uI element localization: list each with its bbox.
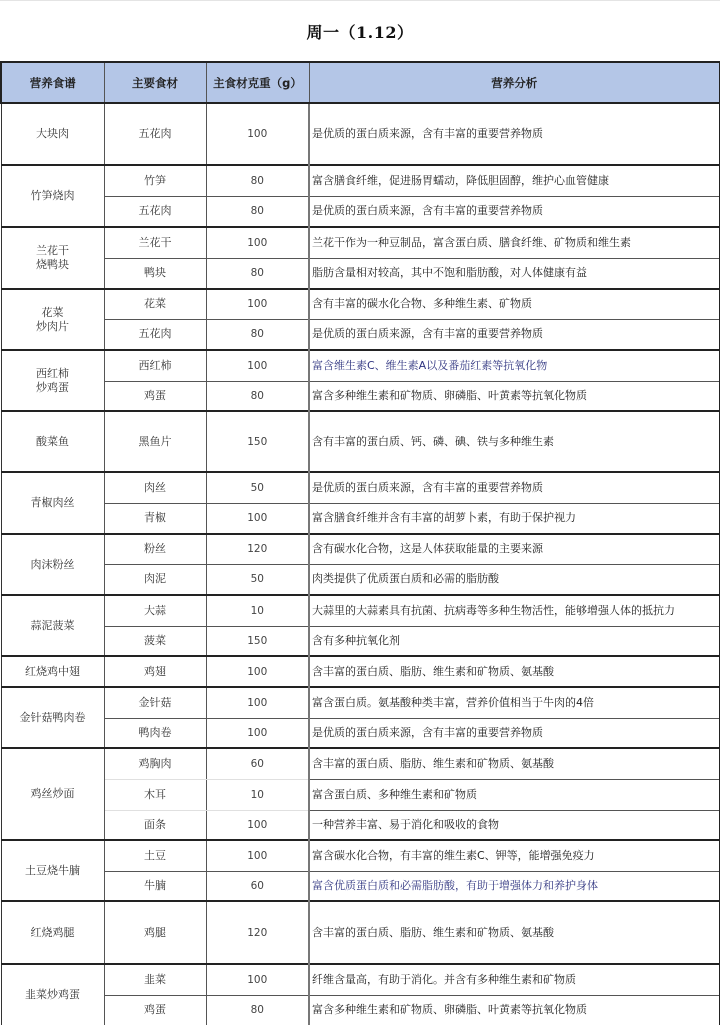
ingredient-cell: 西红柿: [104, 350, 206, 381]
analysis-cell: 含丰富的蛋白质、脂肪、维生素和矿物质、氨基酸: [309, 656, 720, 687]
recipe-name-cell: 蒜泥菠菜: [1, 595, 104, 656]
table-row: 肉沫粉丝粉丝120含有碳水化合物，这是人体获取能量的主要来源: [1, 534, 720, 564]
analysis-cell: 是优质的蛋白质来源，含有丰富的重要营养物质: [309, 196, 720, 227]
analysis-cell: 纤维含量高，有助于消化。并含有多种维生素和矿物质: [309, 964, 720, 995]
ingredient-cell: 五花肉: [104, 103, 206, 165]
recipe-name-cell: 红烧鸡中翅: [1, 656, 104, 687]
weight-cell: 100: [206, 840, 309, 871]
analysis-cell: 含丰富的蛋白质、脂肪、维生素和矿物质、氨基酸: [309, 901, 720, 964]
header-weight: 主食材克重（g）: [206, 62, 309, 103]
ingredient-cell: 粉丝: [104, 534, 206, 564]
header-ingredient: 主要食材: [104, 62, 206, 103]
table-row: 鸭块80脂肪含量相对较高，其中不饱和脂肪酸，对人体健康有益: [1, 258, 720, 289]
table-row: 菠菜150含有多种抗氧化剂: [1, 626, 720, 656]
weight-cell: 100: [206, 718, 309, 748]
ingredient-cell: 大蒜: [104, 595, 206, 626]
weight-cell: 100: [206, 227, 309, 258]
recipe-name-line: 兰花干: [2, 244, 104, 258]
recipe-name: 酸菜鱼: [36, 435, 69, 448]
weight-cell: 100: [206, 687, 309, 718]
ingredient-cell: 面条: [104, 810, 206, 840]
ingredient-cell: 青椒: [104, 503, 206, 534]
weight-cell: 80: [206, 258, 309, 289]
weight-cell: 100: [206, 810, 309, 840]
analysis-cell: 肉类提供了优质蛋白质和必需的脂肪酸: [309, 564, 720, 595]
analysis-cell: 富含维生素C、维生素A以及番茄红素等抗氧化物: [309, 350, 720, 381]
recipe-name-cell: 青椒肉丝: [1, 472, 104, 534]
ingredient-cell: 五花肉: [104, 196, 206, 227]
ingredient-cell: 土豆: [104, 840, 206, 871]
analysis-cell: 是优质的蛋白质来源，含有丰富的重要营养物质: [309, 472, 720, 503]
recipe-name: 青椒肉丝: [31, 496, 75, 509]
recipe-name-cell: 酸菜鱼: [1, 411, 104, 472]
weight-cell: 50: [206, 564, 309, 595]
ingredient-cell: 鸡胸肉: [104, 748, 206, 779]
weight-cell: 50: [206, 472, 309, 503]
table-row: 红烧鸡腿鸡腿120含丰富的蛋白质、脂肪、维生素和矿物质、氨基酸: [1, 901, 720, 964]
analysis-cell: 含有多种抗氧化剂: [309, 626, 720, 656]
table-row: 大块肉五花肉100是优质的蛋白质来源，含有丰富的重要营养物质: [1, 103, 720, 165]
table-row: 红烧鸡中翅鸡翅100含丰富的蛋白质、脂肪、维生素和矿物质、氨基酸: [1, 656, 720, 687]
analysis-cell: 含有丰富的蛋白质、钙、磷、碘、铁与多种维生素: [309, 411, 720, 472]
analysis-cell: 富含膳食纤维，促进肠胃蠕动，降低胆固醇，维护心血管健康: [309, 165, 720, 196]
ingredient-cell: 兰花干: [104, 227, 206, 258]
analysis-cell: 富含蛋白质、多种维生素和矿物质: [309, 779, 720, 810]
recipe-name-cell: 大块肉: [1, 103, 104, 165]
ingredient-cell: 肉丝: [104, 472, 206, 503]
table-header-row: 营养食谱 主要食材 主食材克重（g） 营养分析: [1, 62, 720, 103]
table-row: 韭菜炒鸡蛋韭菜100纤维含量高，有助于消化。并含有多种维生素和矿物质: [1, 964, 720, 995]
ingredient-cell: 鸭肉卷: [104, 718, 206, 748]
weight-cell: 100: [206, 503, 309, 534]
weight-cell: 80: [206, 995, 309, 1025]
recipe-name-cell: 花菜炒肉片: [1, 289, 104, 350]
ingredient-cell: 鸭块: [104, 258, 206, 289]
analysis-cell: 富含蛋白质。氨基酸种类丰富，营养价值相当于牛肉的4倍: [309, 687, 720, 718]
analysis-cell: 一种营养丰富、易于消化和吸收的食物: [309, 810, 720, 840]
ingredient-cell: 五花肉: [104, 319, 206, 350]
recipe-name-cell: 鸡丝炒面: [1, 748, 104, 840]
analysis-cell: 是优质的蛋白质来源，含有丰富的重要营养物质: [309, 103, 720, 165]
analysis-cell: 脂肪含量相对较高，其中不饱和脂肪酸，对人体健康有益: [309, 258, 720, 289]
recipe-name: 红烧鸡腿: [31, 926, 75, 939]
analysis-cell: 富含优质蛋白质和必需脂肪酸，有助于增强体力和养护身体: [309, 871, 720, 901]
weight-cell: 100: [206, 350, 309, 381]
weight-cell: 80: [206, 381, 309, 411]
weight-cell: 120: [206, 901, 309, 964]
table-row: 五花肉80是优质的蛋白质来源，含有丰富的重要营养物质: [1, 196, 720, 227]
recipe-name: 韭菜炒鸡蛋: [25, 988, 80, 1001]
analysis-cell: 富含多种维生素和矿物质、卵磷脂、叶黄素等抗氧化物质: [309, 381, 720, 411]
header-analysis: 营养分析: [309, 62, 720, 103]
weight-cell: 100: [206, 103, 309, 165]
ingredient-cell: 金针菇: [104, 687, 206, 718]
table-row: 牛腩60富含优质蛋白质和必需脂肪酸，有助于增强体力和养护身体: [1, 871, 720, 901]
recipe-name-cell: 韭菜炒鸡蛋: [1, 964, 104, 1025]
weight-cell: 120: [206, 534, 309, 564]
table-row: 五花肉80是优质的蛋白质来源，含有丰富的重要营养物质: [1, 319, 720, 350]
nutrition-table: 营养食谱 主要食材 主食材克重（g） 营养分析 大块肉五花肉100是优质的蛋白质…: [0, 61, 720, 1025]
ingredient-cell: 竹笋: [104, 165, 206, 196]
table-row: 肉泥50肉类提供了优质蛋白质和必需的脂肪酸: [1, 564, 720, 595]
table-row: 兰花干烧鸭块兰花干100兰花干作为一种豆制品，富含蛋白质、膳食纤维、矿物质和维生…: [1, 227, 720, 258]
recipe-name-cell: 红烧鸡腿: [1, 901, 104, 964]
weight-cell: 100: [206, 656, 309, 687]
weight-cell: 10: [206, 779, 309, 810]
table-row: 花菜炒肉片花菜100含有丰富的碳水化合物、多种维生素、矿物质: [1, 289, 720, 319]
recipe-name-cell: 土豆烧牛腩: [1, 840, 104, 901]
table-row: 青椒肉丝肉丝50是优质的蛋白质来源，含有丰富的重要营养物质: [1, 472, 720, 503]
weight-cell: 10: [206, 595, 309, 626]
recipe-name: 土豆烧牛腩: [25, 864, 80, 877]
recipe-name-cell: 金针菇鸭肉卷: [1, 687, 104, 748]
analysis-cell: 含有丰富的碳水化合物、多种维生素、矿物质: [309, 289, 720, 319]
analysis-cell: 大蒜里的大蒜素具有抗菌、抗病毒等多种生物活性，能够增强人体的抵抗力: [309, 595, 720, 626]
recipe-name-cell: 竹笋烧肉: [1, 165, 104, 227]
recipe-name: 大块肉: [36, 127, 69, 140]
ingredient-cell: 菠菜: [104, 626, 206, 656]
analysis-cell: 含有碳水化合物，这是人体获取能量的主要来源: [309, 534, 720, 564]
weight-cell: 80: [206, 165, 309, 196]
table-body: 大块肉五花肉100是优质的蛋白质来源，含有丰富的重要营养物质竹笋烧肉竹笋80富含…: [1, 103, 720, 1025]
ingredient-cell: 牛腩: [104, 871, 206, 901]
weight-cell: 80: [206, 319, 309, 350]
weight-cell: 150: [206, 411, 309, 472]
recipe-name-line: 烧鸭块: [2, 258, 104, 272]
ingredient-cell: 木耳: [104, 779, 206, 810]
weight-cell: 60: [206, 871, 309, 901]
recipe-name: 金针菇鸭肉卷: [20, 711, 86, 724]
recipe-name: 竹笋烧肉: [31, 189, 75, 202]
ingredient-cell: 鸡腿: [104, 901, 206, 964]
analysis-cell: 富含碳水化合物，有丰富的维生素C、钾等，能增强免疫力: [309, 840, 720, 871]
weight-cell: 60: [206, 748, 309, 779]
table-row: 竹笋烧肉竹笋80富含膳食纤维，促进肠胃蠕动，降低胆固醇，维护心血管健康: [1, 165, 720, 196]
recipe-name-line: 炒肉片: [2, 320, 104, 334]
ingredient-cell: 肉泥: [104, 564, 206, 595]
recipe-name: 鸡丝炒面: [31, 787, 75, 800]
ingredient-cell: 鸡蛋: [104, 995, 206, 1025]
recipe-name: 肉沫粉丝: [31, 558, 75, 571]
table-row: 鸡蛋80富含多种维生素和矿物质、卵磷脂、叶黄素等抗氧化物质: [1, 381, 720, 411]
weight-cell: 100: [206, 289, 309, 319]
table-row: 金针菇鸭肉卷金针菇100富含蛋白质。氨基酸种类丰富，营养价值相当于牛肉的4倍: [1, 687, 720, 718]
recipe-name-line: 炒鸡蛋: [2, 381, 104, 395]
analysis-cell: 富含膳食纤维并含有丰富的胡萝卜素，有助于保护视力: [309, 503, 720, 534]
analysis-cell: 兰花干作为一种豆制品，富含蛋白质、膳食纤维、矿物质和维生素: [309, 227, 720, 258]
page-title: 周一（1.12）: [0, 0, 720, 62]
analysis-cell: 是优质的蛋白质来源，含有丰富的重要营养物质: [309, 718, 720, 748]
table-row: 木耳10富含蛋白质、多种维生素和矿物质: [1, 779, 720, 810]
header-recipe: 营养食谱: [1, 62, 104, 103]
weight-cell: 150: [206, 626, 309, 656]
recipe-name: 蒜泥菠菜: [31, 619, 75, 632]
ingredient-cell: 鸡翅: [104, 656, 206, 687]
table-row: 鸡丝炒面鸡胸肉60含丰富的蛋白质、脂肪、维生素和矿物质、氨基酸: [1, 748, 720, 779]
recipe-name-cell: 兰花干烧鸭块: [1, 227, 104, 289]
ingredient-cell: 花菜: [104, 289, 206, 319]
table-row: 鸡蛋80富含多种维生素和矿物质、卵磷脂、叶黄素等抗氧化物质: [1, 995, 720, 1025]
table-row: 土豆烧牛腩土豆100富含碳水化合物，有丰富的维生素C、钾等，能增强免疫力: [1, 840, 720, 871]
ingredient-cell: 韭菜: [104, 964, 206, 995]
ingredient-cell: 黑鱼片: [104, 411, 206, 472]
recipe-name-line: 花菜: [2, 306, 104, 320]
analysis-cell: 富含多种维生素和矿物质、卵磷脂、叶黄素等抗氧化物质: [309, 995, 720, 1025]
table-row: 青椒100富含膳食纤维并含有丰富的胡萝卜素，有助于保护视力: [1, 503, 720, 534]
recipe-name-cell: 西红柿炒鸡蛋: [1, 350, 104, 411]
analysis-cell: 是优质的蛋白质来源，含有丰富的重要营养物质: [309, 319, 720, 350]
recipe-name-line: 西红柿: [2, 367, 104, 381]
analysis-cell: 含丰富的蛋白质、脂肪、维生素和矿物质、氨基酸: [309, 748, 720, 779]
table-row: 鸭肉卷100是优质的蛋白质来源，含有丰富的重要营养物质: [1, 718, 720, 748]
table-row: 蒜泥菠菜大蒜10大蒜里的大蒜素具有抗菌、抗病毒等多种生物活性，能够增强人体的抵抗…: [1, 595, 720, 626]
weight-cell: 80: [206, 196, 309, 227]
recipe-name-cell: 肉沫粉丝: [1, 534, 104, 595]
table-row: 西红柿炒鸡蛋西红柿100富含维生素C、维生素A以及番茄红素等抗氧化物: [1, 350, 720, 381]
table-row: 面条100一种营养丰富、易于消化和吸收的食物: [1, 810, 720, 840]
weight-cell: 100: [206, 964, 309, 995]
recipe-name: 红烧鸡中翅: [25, 665, 80, 678]
table-row: 酸菜鱼黑鱼片150含有丰富的蛋白质、钙、磷、碘、铁与多种维生素: [1, 411, 720, 472]
ingredient-cell: 鸡蛋: [104, 381, 206, 411]
